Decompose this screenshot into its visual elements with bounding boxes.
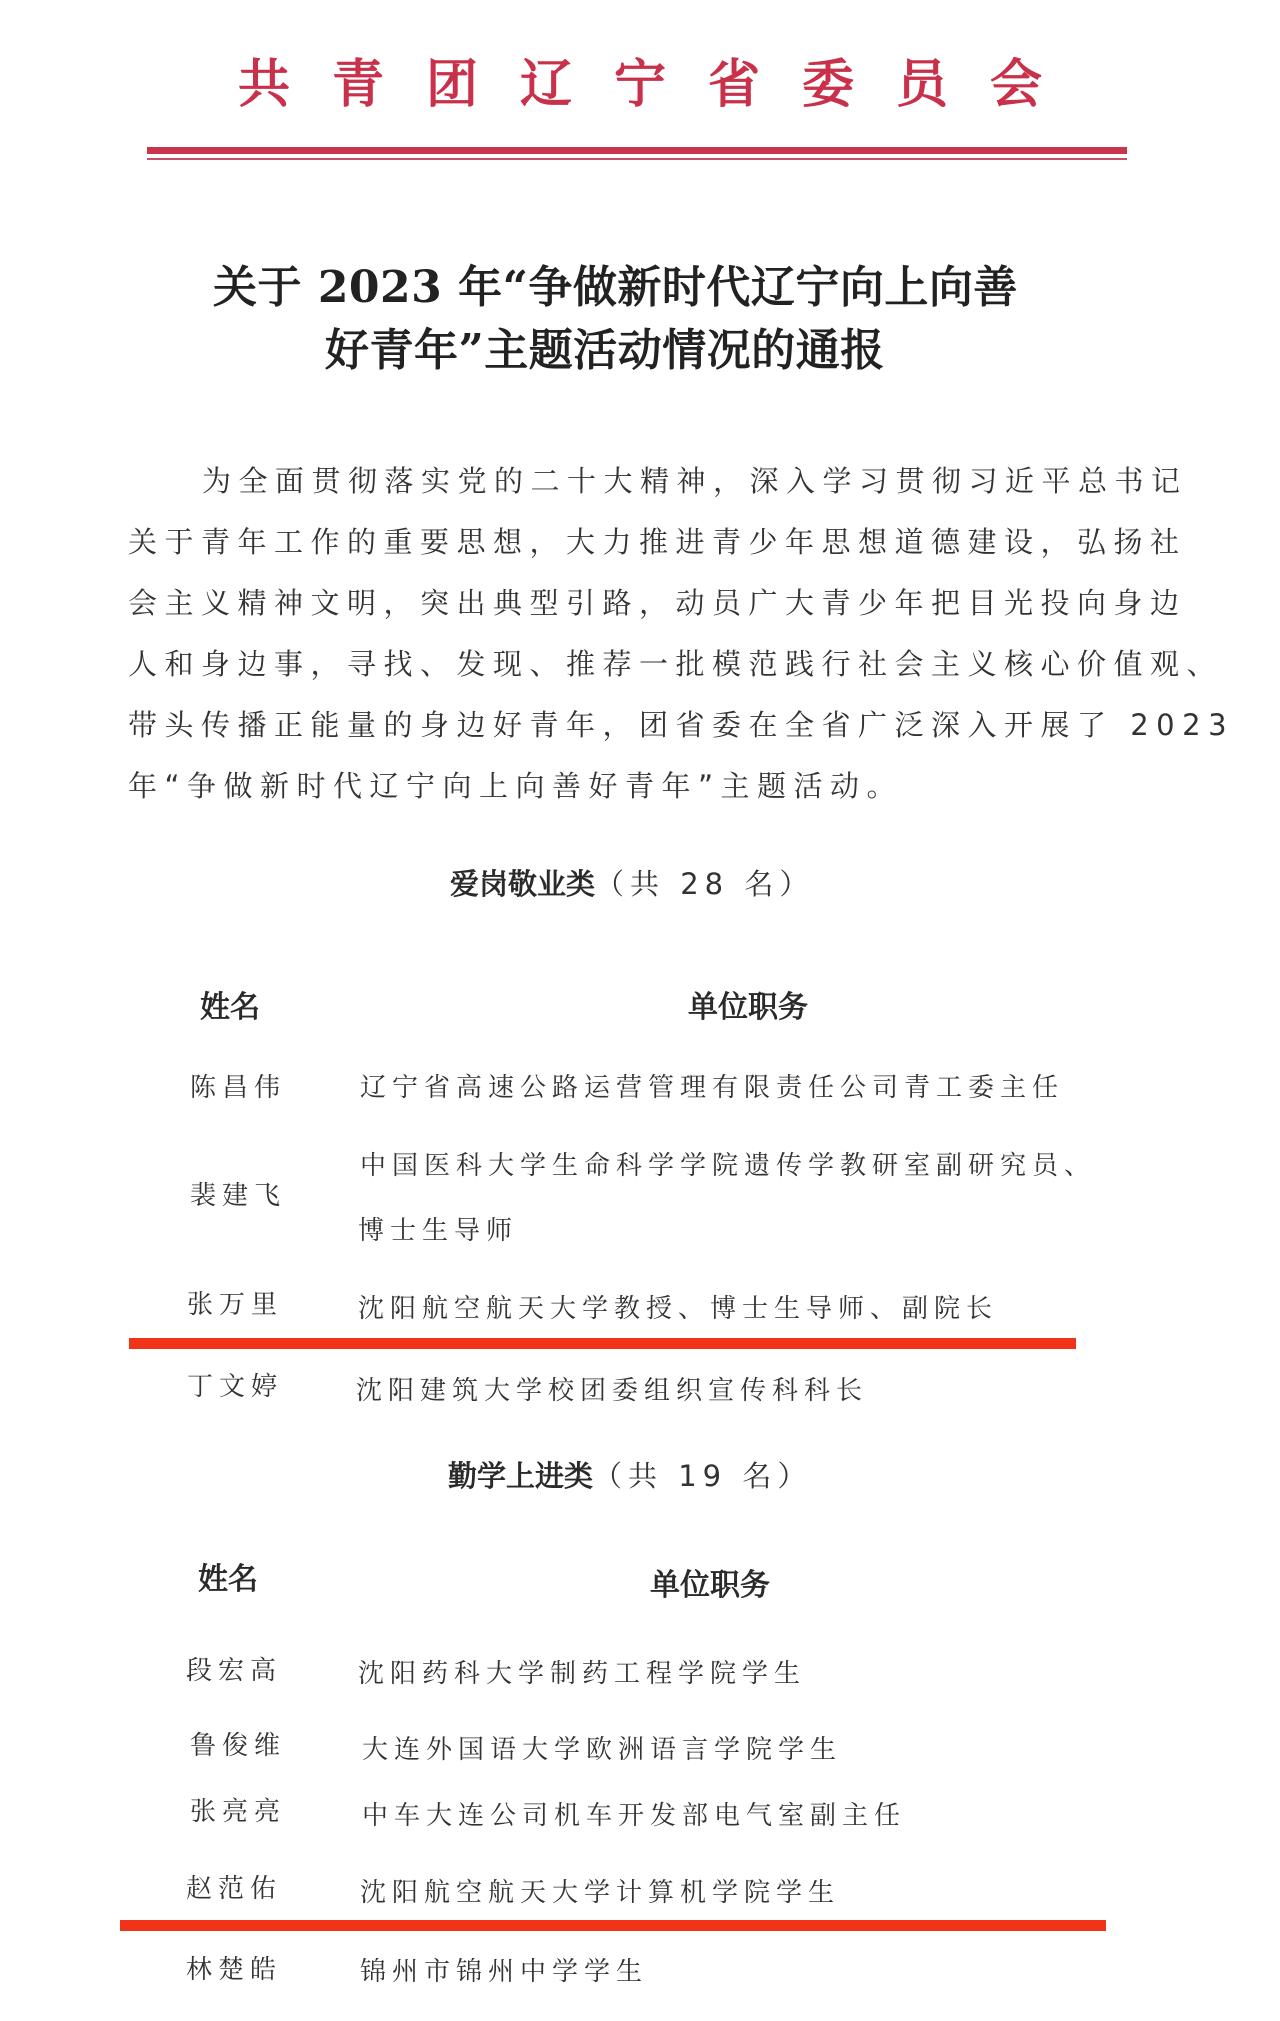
column-header-name: 姓名: [198, 1562, 258, 1598]
document-title-line-2: 好青年”主题活动情况的通报: [325, 325, 885, 377]
row-name: 段宏高: [186, 1655, 282, 1687]
section-heading: 勤学上进类（共 19 名）: [448, 1458, 812, 1494]
section-count: （共 19 名）: [593, 1459, 812, 1493]
row-org: 辽宁省高速公路运营管理有限责任公司青工委主任: [360, 1072, 1064, 1104]
row-org: 锦州市锦州中学学生: [360, 1956, 648, 1988]
row-org: 沈阳建筑大学校团委组织宣传科科长: [356, 1375, 868, 1407]
document-title-line-1: 关于 2023 年“争做新时代辽宁向上向善: [213, 262, 1018, 314]
section-count: （共 28 名）: [595, 867, 814, 901]
section-heading: 爱岗敬业类（共 28 名）: [450, 866, 814, 902]
letterhead-rule-thick: [147, 147, 1127, 154]
row-org: 沈阳航空航天大学计算机学院学生: [360, 1877, 840, 1909]
column-header-org: 单位职务: [688, 990, 808, 1026]
row-org: 中车大连公司机车开发部电气室副主任: [362, 1800, 906, 1832]
section-title: 勤学上进类: [448, 1459, 593, 1493]
row-name: 张亮亮: [190, 1796, 286, 1828]
row-name: 陈昌伟: [190, 1072, 286, 1104]
row-org: 大连外国语大学欧洲语言学院学生: [362, 1734, 842, 1766]
row-org-continued: 博士生导师: [358, 1215, 518, 1247]
letterhead-org-name: 共青团辽宁省委员会: [0, 50, 1280, 120]
row-name: 林楚皓: [186, 1954, 282, 1986]
intro-line: 带头传播正能量的身边好青年，团省委在全省广泛深入开展了 2023: [128, 707, 1234, 743]
letterhead-rule-thin: [147, 158, 1127, 160]
red-underline-highlight: [129, 1338, 1076, 1349]
row-name: 鲁俊维: [190, 1730, 286, 1762]
intro-line: 人和身边事，寻找、发现、推荐一批模范践行社会主义核心价值观、: [128, 646, 1223, 682]
row-org: 沈阳药科大学制药工程学院学生: [358, 1658, 806, 1690]
row-name: 赵范佑: [186, 1873, 282, 1905]
intro-line: 为全面贯彻落实党的二十大精神，深入学习贯彻习近平总书记: [202, 463, 1188, 499]
section-title: 爱岗敬业类: [450, 867, 595, 901]
intro-line: 关于青年工作的重要思想，大力推进青少年思想道德建设，弘扬社: [128, 524, 1187, 560]
red-underline-highlight: [120, 1920, 1106, 1931]
row-org: 沈阳航空航天大学教授、博士生导师、副院长: [358, 1293, 998, 1325]
column-header-name: 姓名: [200, 990, 260, 1026]
row-name: 丁文婷: [187, 1371, 283, 1403]
intro-line: 会主义精神文明，突出典型引路，动员广大青少年把目光投向身边: [128, 585, 1187, 621]
column-header-org: 单位职务: [650, 1568, 770, 1604]
intro-line: 年“争做新时代辽宁向上向善好青年”主题活动。: [128, 768, 903, 804]
row-org: 中国医科大学生命科学学院遗传学教研室副研究员、: [360, 1150, 1096, 1182]
row-name: 张万里: [187, 1289, 283, 1321]
row-name: 裴建飞: [190, 1180, 286, 1212]
